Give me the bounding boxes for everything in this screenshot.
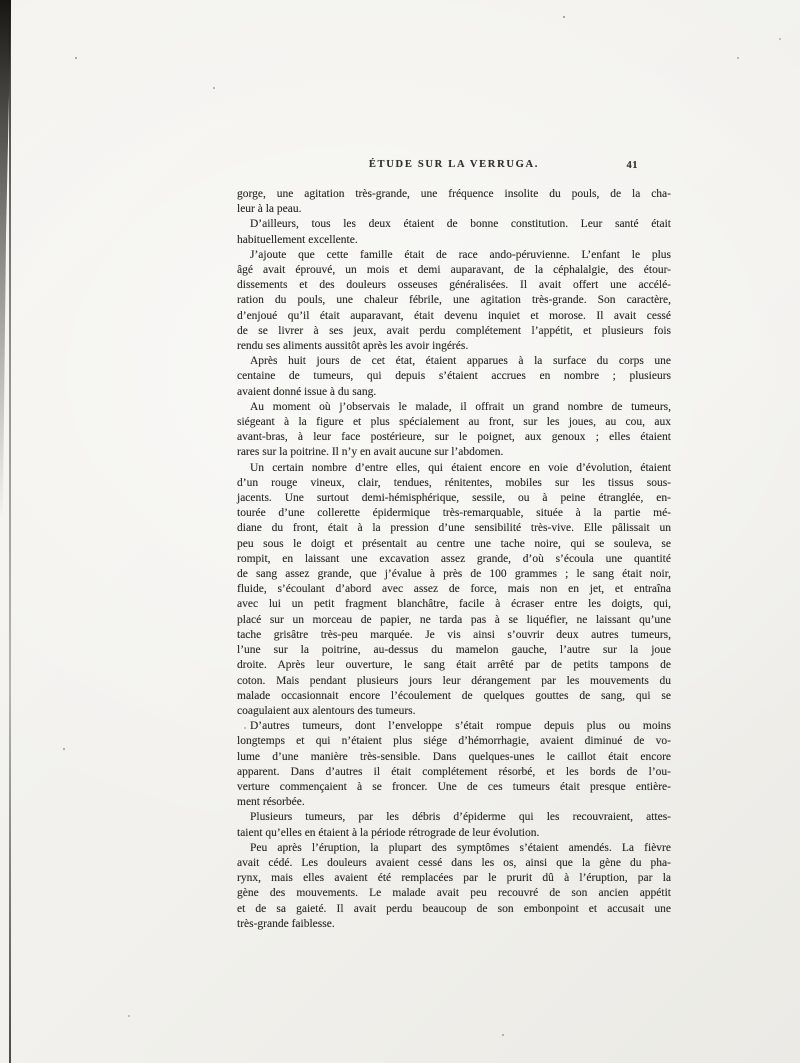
text-line: d’enjoué qu’il était auparavant, était d…: [237, 309, 671, 324]
text-line: siégeant à la figure et plus spécialemen…: [237, 415, 671, 430]
paragraph: Peu après l’éruption, la plupart des sym…: [237, 841, 671, 932]
text-line: gène des mouvements. Le malade avait peu…: [237, 886, 671, 901]
text-line: avec lui un petit fragment blanchâtre, f…: [237, 597, 671, 612]
text-line: longtemps et qui n’étaient plus siége d’…: [237, 734, 671, 749]
text-line: jacents. Une surtout demi-hémisphérique,…: [237, 491, 671, 506]
text-line: D’autres tumeurs, dont l’enveloppe s’éta…: [237, 719, 671, 734]
text-line: l’une sur la poitrine, au-dessus du mame…: [237, 643, 671, 658]
text-line: Peu après l’éruption, la plupart des sym…: [237, 841, 671, 856]
text-line: Après huit jours de cet état, étaient ap…: [237, 354, 671, 369]
text-line: droite. Après leur ouverture, le sang ét…: [237, 658, 671, 673]
paragraph: J’ajoute que cette famille était de race…: [237, 248, 671, 354]
text-line: très-grande faiblesse.: [237, 917, 671, 932]
text-line: centaine de tumeurs, qui depuis s’étaien…: [237, 369, 671, 384]
text-line: et de sa gaieté. Il avait perdu beaucoup…: [237, 902, 671, 917]
text-line: ment résorbée.: [237, 795, 671, 810]
text-line: âgé avait éprouvé, un mois et demi aupar…: [237, 263, 671, 278]
text-line: tache grisâtre très-peu marquée. Je vis …: [237, 628, 671, 643]
text-line: gorge, une agitation très-grande, une fr…: [237, 187, 671, 202]
paragraph: Après huit jours de cet état, étaient ap…: [237, 354, 671, 400]
text-line: rares sur la poitrine. Il n’y en avait a…: [237, 445, 671, 460]
running-header: ÉTUDE SUR LA VERRUGA. 41: [237, 159, 671, 176]
text-line: de sang assez grande, que j’évalue à prè…: [237, 567, 671, 582]
paragraph: D’ailleurs, tous les deux étaient de bon…: [237, 217, 671, 247]
text-line: de se livrer à ses jeux, avait perdu com…: [237, 324, 671, 339]
text-line: habituellement excellente.: [237, 233, 671, 248]
text-line: coagulaient aux alentours des tumeurs.: [237, 704, 671, 719]
text-line: rompit, en laissant une excavation assez…: [237, 552, 671, 567]
text-line: Un certain nombre d’entre elles, qui éta…: [237, 461, 671, 476]
text-column: ÉTUDE SUR LA VERRUGA. 41 gorge, une agit…: [237, 159, 671, 932]
paragraph: D’autres tumeurs, dont l’enveloppe s’éta…: [237, 719, 671, 810]
text-line: taient qu’elles en étaient à la période …: [237, 826, 671, 841]
text-line: diane du front, était à la pression d’un…: [237, 521, 671, 536]
text-line: apparent. Dans d’autres il était complét…: [237, 765, 671, 780]
text-line: rynx, mais elles avaient été remplacées …: [237, 871, 671, 886]
paragraph: Au moment où j’observais le malade, il o…: [237, 400, 671, 461]
page-title: ÉTUDE SUR LA VERRUGA.: [369, 159, 539, 170]
text-line: Plusieurs tumeurs, par les débris d’épid…: [237, 810, 671, 825]
text-line: avant-bras, à leur face postérieure, sur…: [237, 430, 671, 445]
paper-speckles: [0, 0, 2, 2]
page-number: 41: [627, 160, 639, 171]
text-line: leur à la peau.: [237, 202, 671, 217]
text-line: peu sous le doigt et présentait au centr…: [237, 537, 671, 552]
text-line: D’ailleurs, tous les deux étaient de bon…: [237, 217, 671, 232]
paragraph: Plusieurs tumeurs, par les débris d’épid…: [237, 810, 671, 840]
text-line: verture commençaient à se froncer. Une d…: [237, 780, 671, 795]
text-line: placé sur un morceau de papier, ne tarda…: [237, 613, 671, 628]
text-line: fluide, s’écoulant d’abord avec assez de…: [237, 582, 671, 597]
text-line: malade occasionnait encore l’écoulement …: [237, 689, 671, 704]
text-line: avaient donné issue à du sang.: [237, 385, 671, 400]
paragraph: Un certain nombre d’entre elles, qui éta…: [237, 461, 671, 719]
text-line: d’un rouge vineux, clair, tendues, rénit…: [237, 476, 671, 491]
paragraph: gorge, une agitation très-grande, une fr…: [237, 187, 671, 217]
text-body: gorge, une agitation très-grande, une fr…: [237, 187, 671, 932]
text-line: lume d’une manière très-sensible. Dans q…: [237, 750, 671, 765]
scanned-book-page: ÉTUDE SUR LA VERRUGA. 41 gorge, une agit…: [0, 0, 800, 1063]
text-line: J’ajoute que cette famille était de race…: [237, 248, 671, 263]
scan-gutter-line: [9, 0, 11, 1063]
text-line: coton. Mais pendant plusieurs jours leur…: [237, 674, 671, 689]
text-line: rendu ses aliments aussitôt après les av…: [237, 339, 671, 354]
text-line: Au moment où j’observais le malade, il o…: [237, 400, 671, 415]
text-line: dissements et des douleurs osseuses géné…: [237, 278, 671, 293]
text-line: ration du pouls, une chaleur fébrile, un…: [237, 293, 671, 308]
text-line: avait cédé. Les douleurs avaient cessé d…: [237, 856, 671, 871]
text-line: tourée d’une collerette épidermique très…: [237, 506, 671, 521]
